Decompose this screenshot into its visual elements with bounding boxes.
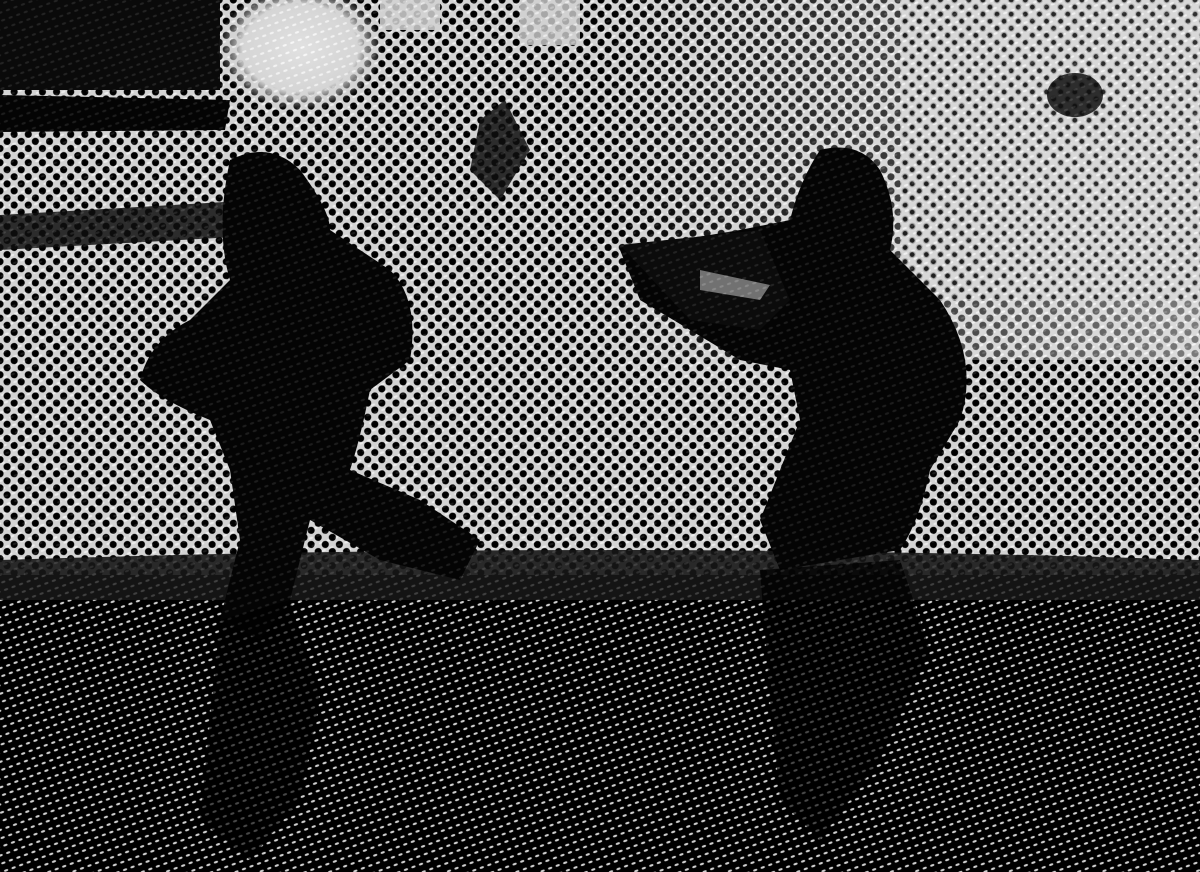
photo-canvas [0,0,1200,872]
halftone-photograph: Black-and-white halftone photograph of t… [0,0,1200,872]
